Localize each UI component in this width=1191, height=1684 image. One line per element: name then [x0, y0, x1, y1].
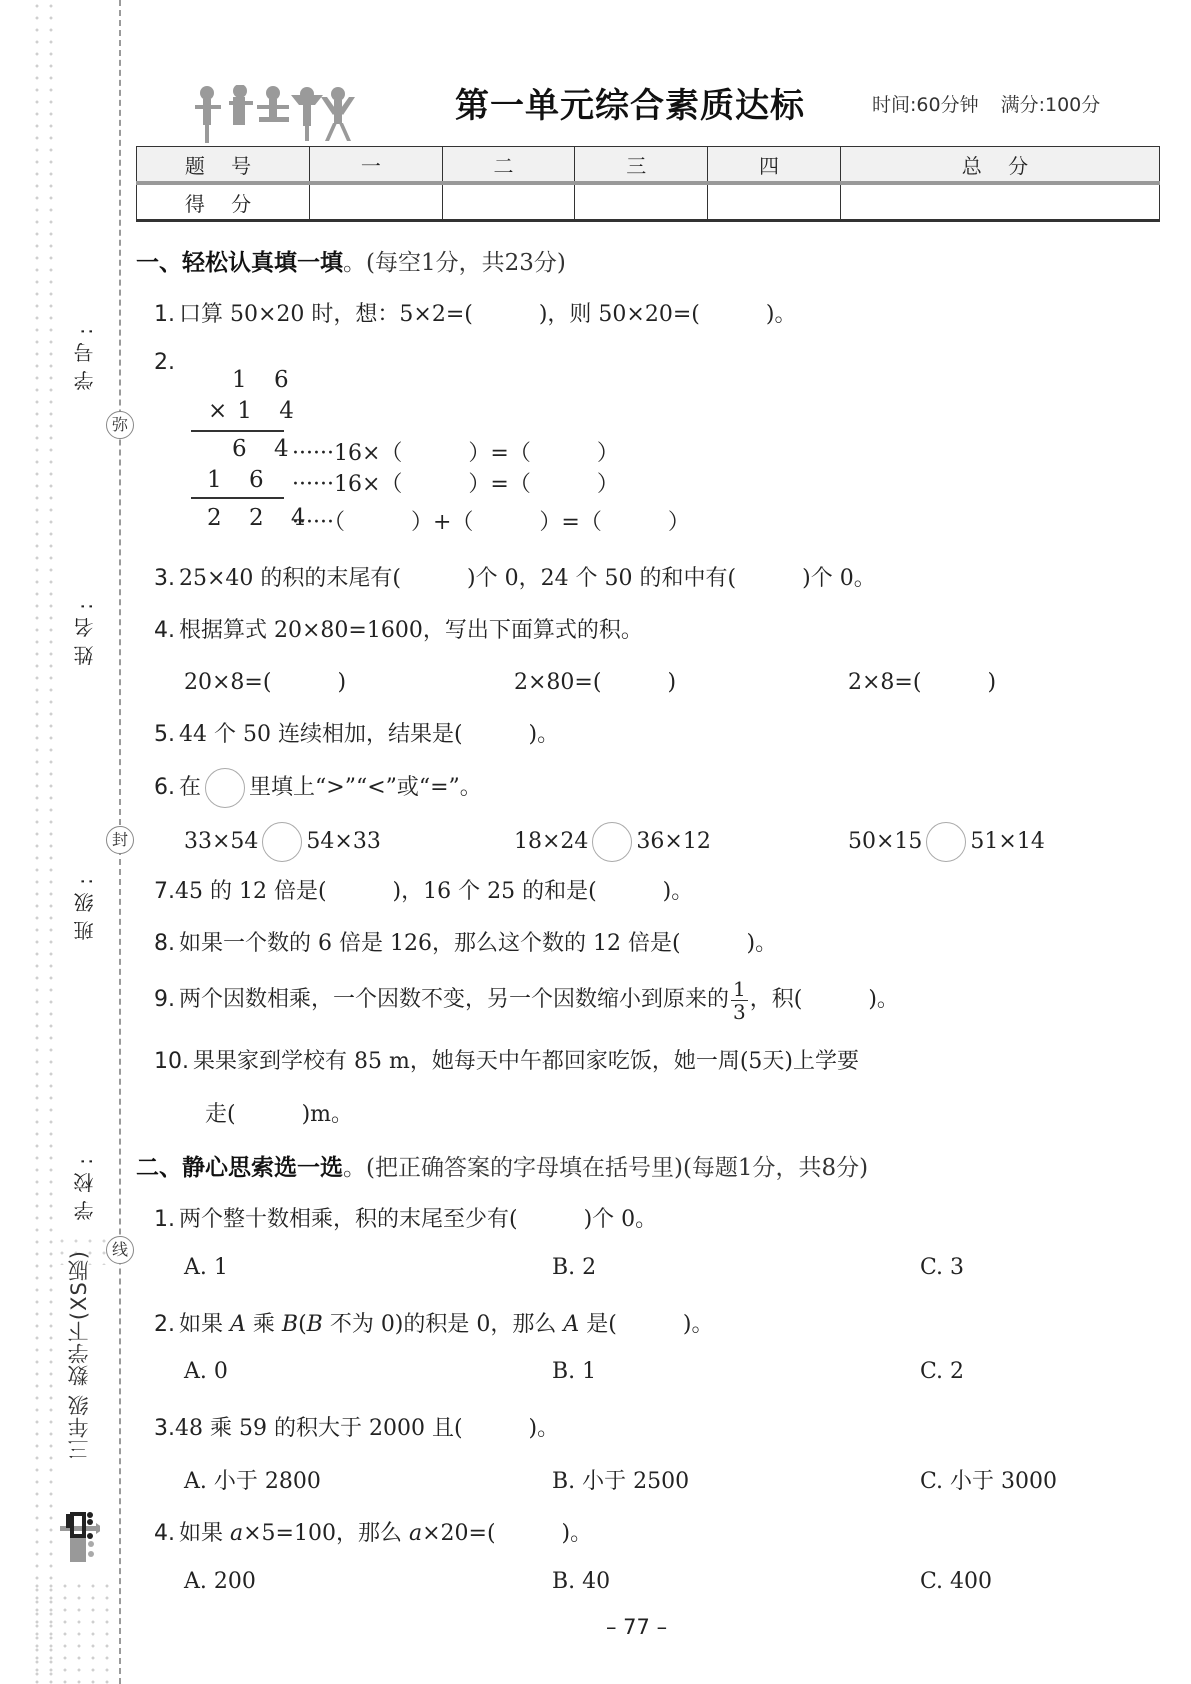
- text: (: [298, 1312, 307, 1337]
- seal-xian: 线: [106, 1236, 134, 1264]
- margin-dot-pattern: [30, 0, 54, 1684]
- q2-line-3: ······（ ）+（ ）=（ ）: [292, 505, 690, 536]
- q6-compare-2: 18×2436×12: [514, 822, 711, 862]
- compare-left: 33×54: [184, 829, 258, 854]
- student-name-label: 姓名:: [70, 595, 99, 666]
- question-text: 45 的 12 倍是( )，16 个 25 的和是( )。: [175, 879, 693, 904]
- question-number: 8.: [154, 931, 175, 956]
- column-total: 总 分: [840, 147, 1159, 184]
- section-1-heading: 一、轻松认真填一填。(每空1分，共23分): [136, 244, 566, 277]
- question-text-post: 里填上“>”“<”或“=”。: [249, 775, 482, 800]
- jumping-kids-icon: [195, 85, 360, 145]
- text: ×5=100，那么: [243, 1521, 409, 1546]
- score-cell-three[interactable]: [575, 183, 708, 221]
- question-1-2: 2.: [154, 350, 179, 375]
- option-a[interactable]: A. 0: [184, 1359, 228, 1384]
- question-2-2: 2.如果 A 乘 B(B 不为 0)的积是 0，那么 A 是( )。: [154, 1307, 713, 1338]
- variable-A: A: [230, 1312, 246, 1337]
- student-number-label: 学号:: [70, 320, 99, 391]
- text: 乘: [246, 1312, 282, 1337]
- q2-line-1: ······16×（ ）=（ ）: [292, 436, 619, 467]
- seal-mi: 弥: [106, 411, 134, 439]
- question-number: 1.: [154, 1207, 175, 1232]
- option-a[interactable]: A. 小于 2800: [184, 1464, 321, 1495]
- compare-answer-circle[interactable]: [262, 822, 302, 862]
- q6-compare-3: 50×1551×14: [848, 822, 1045, 862]
- question-number: 3.: [154, 1416, 175, 1441]
- variable-a: a: [230, 1521, 243, 1546]
- question-1-4: 4.根据算式 20×80=1600，写出下面算式的积。: [154, 613, 643, 644]
- score-cell-four[interactable]: [708, 183, 841, 221]
- text: 不为 0)的积是 0，那么: [323, 1312, 564, 1337]
- question-text: 口算 50×20 时，想：5×2=( )，则 50×20=( )。: [179, 302, 796, 327]
- question-1-5: 5.44 个 50 连续相加，结果是( )。: [154, 717, 559, 748]
- score-cell-two[interactable]: [442, 183, 575, 221]
- row-label-question-number: 题 号: [137, 147, 310, 184]
- question-number: 7.: [154, 879, 175, 904]
- publisher-logo-icon: [60, 1510, 100, 1570]
- row-label-score: 得 分: [137, 183, 310, 221]
- option-a[interactable]: A. 1: [184, 1255, 228, 1280]
- question-text: 根据算式 20×80=1600，写出下面算式的积。: [179, 618, 643, 643]
- book-title: 三年级 数学下(XS版): [64, 1250, 94, 1460]
- question-number: 1.: [154, 302, 175, 327]
- variable-B: B: [282, 1312, 298, 1337]
- question-text: 44 个 50 连续相加，结果是( )。: [179, 722, 559, 747]
- question-1-10: 10.果果家到学校有 85 m，她每天中午都回家吃饭，她一周(5天)上学要: [154, 1044, 859, 1075]
- question-number: 9.: [154, 987, 175, 1012]
- question-1-10-continued: 走( )m。: [205, 1097, 353, 1128]
- option-b[interactable]: B. 40: [552, 1569, 610, 1594]
- compare-answer-circle[interactable]: [926, 822, 966, 862]
- compare-circle-example: [205, 768, 245, 808]
- vertical-multiplicand: 1 6: [232, 367, 299, 393]
- question-text-post: ，积( )。: [750, 987, 899, 1012]
- q2-line-2: ······16×（ ）=（ ）: [292, 467, 619, 498]
- question-1-3: 3.25×40 的积的末尾有( )个 0，24 个 50 的和中有( )个 0。: [154, 561, 876, 592]
- score-cell-total[interactable]: [840, 183, 1159, 221]
- q6-compare-1: 33×5454×33: [184, 822, 381, 862]
- q4-item-1: 20×8=( ): [184, 665, 346, 696]
- vertical-multiplier: ×1 4: [208, 398, 304, 424]
- option-c[interactable]: C. 2: [920, 1359, 964, 1384]
- time-limit: 时间:60分钟: [872, 94, 979, 116]
- variable-a: a: [409, 1521, 422, 1546]
- question-text: 果果家到学校有 85 m，她每天中午都回家吃饭，她一周(5天)上学要: [193, 1049, 859, 1074]
- exam-meta: 时间:60分钟满分:100分: [872, 90, 1100, 117]
- score-table-header-row: 题 号 一 二 三 四 总 分: [137, 147, 1160, 184]
- option-c[interactable]: C. 400: [920, 1569, 992, 1594]
- section-1-note: 。(每空1分，共23分): [343, 250, 566, 276]
- question-number: 3.: [154, 566, 175, 591]
- question-1-8: 8.如果一个数的 6 倍是 126，那么这个数的 12 倍是( )。: [154, 926, 777, 957]
- question-text: 两个整十数相乘，积的末尾至少有( )个 0。: [179, 1207, 657, 1232]
- column-two: 二: [442, 147, 575, 184]
- question-number: 2.: [154, 350, 175, 375]
- page-title: 第一单元综合素质达标: [455, 78, 805, 127]
- question-number: 6.: [154, 775, 175, 800]
- compare-left: 50×15: [848, 829, 922, 854]
- seal-feng: 封: [106, 826, 134, 854]
- column-four: 四: [708, 147, 841, 184]
- question-2-3: 3.48 乘 59 的积大于 2000 且( )。: [154, 1411, 559, 1442]
- question-number: 4.: [154, 1521, 175, 1546]
- compare-right: 54×33: [306, 829, 380, 854]
- text: ×20=( )。: [422, 1521, 592, 1546]
- question-number: 5.: [154, 722, 175, 747]
- compare-right: 51×14: [970, 829, 1044, 854]
- score-table-score-row: 得 分: [137, 183, 1160, 221]
- option-c[interactable]: C. 小于 3000: [920, 1464, 1057, 1495]
- compare-answer-circle[interactable]: [592, 822, 632, 862]
- question-text: 48 乘 59 的积大于 2000 且( )。: [175, 1416, 559, 1441]
- question-text-pre: 两个因数相乘，一个因数不变，另一个因数缩小到原来的: [179, 987, 729, 1012]
- question-2-1: 1.两个整十数相乘，积的末尾至少有( )个 0。: [154, 1202, 657, 1233]
- fraction-one-third: 13: [731, 978, 748, 1023]
- question-1-1: 1.口算 50×20 时，想：5×2=( )，则 50×20=( )。: [154, 297, 796, 328]
- question-text-pre: 在: [179, 775, 201, 800]
- option-b[interactable]: B. 小于 2500: [552, 1464, 689, 1495]
- vertical-rule-2: [191, 497, 284, 499]
- question-text: 如果一个数的 6 倍是 126，那么这个数的 12 倍是( )。: [179, 931, 777, 956]
- question-1-7: 7.45 的 12 倍是( )，16 个 25 的和是( )。: [154, 874, 693, 905]
- text: 如果: [179, 1312, 230, 1337]
- option-a[interactable]: A. 200: [184, 1569, 256, 1594]
- option-c[interactable]: C. 3: [920, 1255, 964, 1280]
- question-number: 4.: [154, 618, 175, 643]
- full-score: 满分:100分: [1001, 94, 1101, 116]
- section-2-title: 二、静心思索选一选: [136, 1155, 343, 1181]
- text: 是( )。: [579, 1312, 713, 1337]
- score-cell-one[interactable]: [310, 183, 443, 221]
- class-label: 班级:: [70, 870, 99, 941]
- column-three: 三: [575, 147, 708, 184]
- vertical-rule-1: [191, 430, 284, 432]
- section-1-title: 一、轻松认真填一填: [136, 250, 343, 276]
- fraction-numerator: 1: [731, 978, 748, 1001]
- margin-dot-pattern-bottom: [30, 1580, 110, 1684]
- column-one: 一: [310, 147, 443, 184]
- section-2-heading: 二、静心思索选一选。(把正确答案的字母填在括号里)(每题1分，共8分): [136, 1149, 868, 1182]
- page-number: – 77 –: [606, 1615, 667, 1639]
- q4-item-2: 2×80=( ): [514, 665, 676, 696]
- vertical-partial-1: 6 4: [232, 436, 299, 462]
- variable-B: B: [307, 1312, 323, 1337]
- text: 如果: [179, 1521, 230, 1546]
- vertical-partial-2: 1 6: [207, 467, 274, 493]
- option-b[interactable]: B. 1: [552, 1359, 596, 1384]
- q4-item-3: 2×8=( ): [848, 665, 996, 696]
- option-b[interactable]: B. 2: [552, 1255, 596, 1280]
- variable-A: A: [563, 1312, 579, 1337]
- question-number: 2.: [154, 1312, 175, 1337]
- score-table: 题 号 一 二 三 四 总 分 得 分: [136, 146, 1160, 222]
- compare-left: 18×24: [514, 829, 588, 854]
- question-2-4: 4.如果 a×5=100，那么 a×20=( )。: [154, 1516, 592, 1547]
- question-number: 10.: [154, 1049, 189, 1074]
- question-text: 25×40 的积的末尾有( )个 0，24 个 50 的和中有( )个 0。: [179, 566, 876, 591]
- fraction-denominator: 3: [731, 1001, 748, 1023]
- section-2-note: 。(把正确答案的字母填在括号里)(每题1分，共8分): [343, 1155, 868, 1181]
- question-1-9: 9.两个因数相乘，一个因数不变，另一个因数缩小到原来的13，积( )。: [154, 974, 899, 1026]
- school-label: 学校:: [70, 1150, 99, 1221]
- question-1-6: 6.在里填上“>”“<”或“=”。: [154, 768, 482, 808]
- compare-right: 36×12: [636, 829, 710, 854]
